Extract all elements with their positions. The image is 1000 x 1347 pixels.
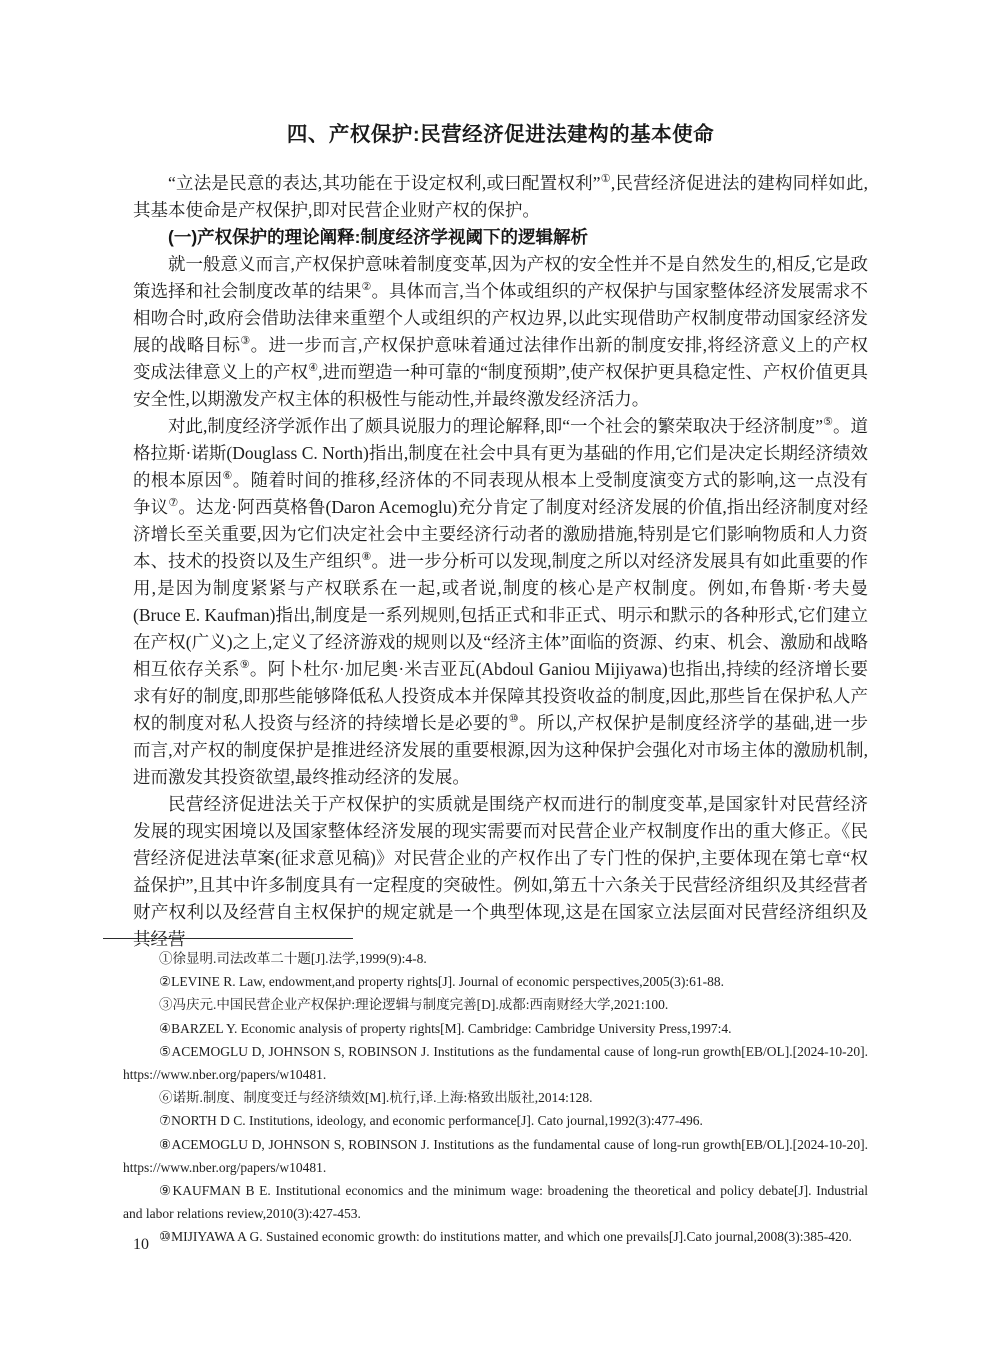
footnote-marker: ⑤ [823, 416, 833, 428]
subsection-heading: (一)产权保护的理论阐释:制度经济学视阈下的逻辑解析 [133, 224, 868, 251]
footnote: ⑥诺斯.制度、制度变迁与经济绩效[M].杭行,译.上海:格致出版社,2014:1… [123, 1086, 868, 1109]
footnote-marker: ⑦ [168, 497, 178, 509]
footnote: ②LEVINE R. Law, endowment,and property r… [123, 970, 868, 993]
footnote-marker: ② [362, 281, 372, 293]
footnote-marker: ⑥ [222, 470, 232, 482]
footnote: ⑨KAUFMAN B E. Institutional economics an… [123, 1179, 868, 1225]
body-paragraph: 就一般意义而言,产权保护意味着制度变革,因为产权的安全性并不是自然发生的,相反,… [133, 251, 868, 413]
footnote: ④BARZEL Y. Economic analysis of property… [123, 1017, 868, 1040]
body-paragraph: “立法是民意的表达,其功能在于设定权利,或曰配置权利”①,民营经济促进法的建构同… [133, 170, 868, 224]
footnotes-section: ①徐显明.司法改革二十题[J].法学,1999(9):4-8.②LEVINE R… [123, 947, 868, 1249]
body-paragraph: 对此,制度经济学派作出了颇具说服力的理论解释,即“一个社会的繁荣取决于经济制度”… [133, 413, 868, 791]
footnote-marker: ⑨ [240, 659, 250, 671]
footnote: ⑧ACEMOGLU D, JOHNSON S, ROBINSON J. Inst… [123, 1133, 868, 1179]
footnote: ⑤ACEMOGLU D, JOHNSON S, ROBINSON J. Inst… [123, 1040, 868, 1086]
footnote-marker: ③ [240, 335, 250, 347]
body-paragraphs: “立法是民意的表达,其功能在于设定权利,或曰配置权利”①,民营经济促进法的建构同… [133, 170, 868, 953]
footnote-separator [103, 938, 353, 939]
footnote-marker: ④ [308, 362, 318, 374]
footnote-marker: ① [601, 173, 611, 185]
footnote: ⑩MIJIYAWA A G. Sustained economic growth… [123, 1225, 868, 1248]
footnote-marker: ⑩ [509, 713, 519, 725]
article-content: 四、产权保护:民营经济促进法建构的基本使命 “立法是民意的表达,其功能在于设定权… [133, 0, 868, 953]
document-page: 四、产权保护:民营经济促进法建构的基本使命 “立法是民意的表达,其功能在于设定权… [0, 0, 1000, 1347]
footnote: ⑦NORTH D C. Institutions, ideology, and … [123, 1109, 868, 1132]
footnote-marker: ⑧ [362, 551, 372, 563]
footnote-list: ①徐显明.司法改革二十题[J].法学,1999(9):4-8.②LEVINE R… [123, 947, 868, 1249]
footnote: ①徐显明.司法改革二十题[J].法学,1999(9):4-8. [123, 947, 868, 970]
body-paragraph: 民营经济促进法关于产权保护的实质就是围绕产权而进行的制度变革,是国家针对民营经济… [133, 791, 868, 953]
section-title: 四、产权保护:民营经济促进法建构的基本使命 [133, 124, 868, 146]
page-number: 10 [133, 1236, 149, 1254]
footnote: ③冯庆元.中国民营企业产权保护:理论逻辑与制度完善[D].成都:西南财经大学,2… [123, 993, 868, 1016]
